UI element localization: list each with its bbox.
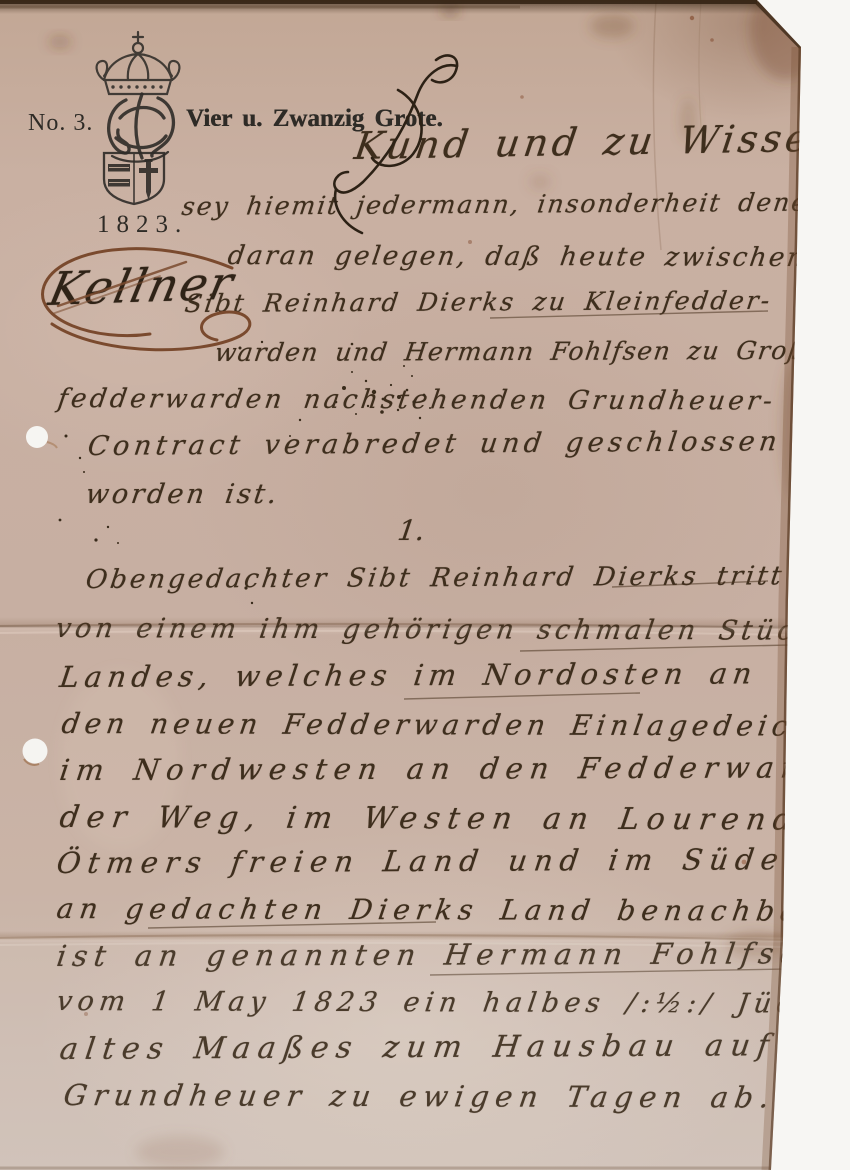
lower-sheet-tint xyxy=(0,941,850,1170)
paper-sheet: No. 3. Vier u. Zwanzig Grote. 1823. Kell… xyxy=(0,0,850,1170)
section-number: 1. xyxy=(396,514,427,547)
handwritten-line: an gedachten Dierks Land benachbart xyxy=(55,892,843,928)
coat-of-arms-icon xyxy=(104,153,164,204)
crown-icon xyxy=(97,32,180,94)
punch-hole xyxy=(23,426,58,765)
handwritten-line: sey hiemit jedermann, insonderheit denen xyxy=(180,188,828,221)
handwritten-line: der Weg, im Westen an Lourend xyxy=(57,800,802,838)
top-edge-shadow xyxy=(0,0,850,14)
handwritten-line: den neuen Fedderwarden Einlagedeich, xyxy=(60,707,832,743)
monogram-icon xyxy=(109,94,174,162)
handwritten-line: im Nordwesten an den Fedderwar- xyxy=(58,750,821,787)
handwritten-line: Sibt Reinhard Dierks zu Kleinfedder- xyxy=(183,286,774,318)
revenue-stamp-year: 1823. xyxy=(97,211,188,239)
handwritten-line: Obengedachter Sibt Reinhard Dierks tritt xyxy=(84,561,786,595)
handwritten-line: Ötmers freien Land und im Süden xyxy=(55,842,813,880)
handwritten-line: worden ist. xyxy=(84,479,282,510)
handwritten-line: Kund und zu Wissen xyxy=(352,116,844,168)
handwritten-line: Landes, welches im Nordosten an xyxy=(58,656,760,694)
handwritten-line: Contract verabredet und geschlossen xyxy=(86,426,783,462)
revenue-stamp-number: No. 3. xyxy=(28,110,93,137)
fold-crease xyxy=(0,617,850,635)
handwritten-line: daran gelegen, daß heute zwischen xyxy=(226,241,808,273)
scanned-document: No. 3. Vier u. Zwanzig Grote. 1823. Kell… xyxy=(0,0,850,1170)
handwritten-line: fedderwarden nachstehenden Grundheuer- xyxy=(56,384,778,417)
handwritten-line: warden und Hermann Fohlfsen zu Groß- xyxy=(213,336,818,367)
